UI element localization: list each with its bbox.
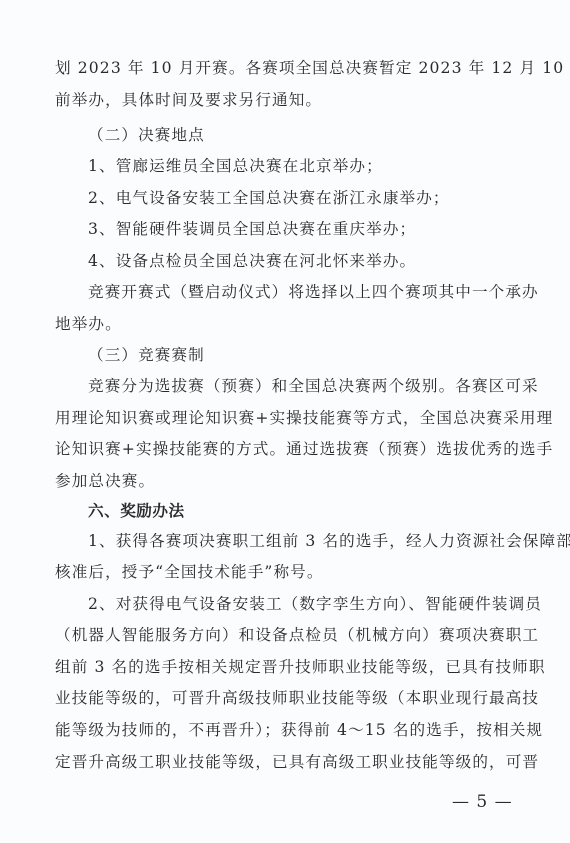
section-heading-competition-format: （三）竞赛赛制	[88, 345, 515, 365]
paragraph-line: 划 2023 年 10 月开赛。各赛项全国总决赛暂定 2023 年 12 月 1…	[55, 58, 515, 78]
paragraph-line: 2、对获得电气设备安装工（数字孪生方向）、智能硬件装调员	[88, 594, 515, 614]
paragraph-line: 核准后，授予“全国技术能手”称号。	[55, 562, 515, 582]
list-item: 4、设备点检员全国总决赛在河北怀来举办。	[88, 251, 515, 271]
document-page: 划 2023 年 10 月开赛。各赛项全国总决赛暂定 2023 年 12 月 1…	[0, 0, 570, 843]
paragraph-line: 能等级为技师的，不再晋升）；获得前 4～15 名的选手，按相关规	[55, 720, 515, 740]
paragraph-line: （机器人智能服务方向）和设备点检员（机械方向）赛项决赛职工	[55, 625, 515, 645]
paragraph-line: 论知识赛+实操技能赛的方式。通过选拔赛（预赛）选拔优秀的选手	[55, 439, 515, 459]
paragraph-line: 用理论知识赛或理论知识赛+实操技能赛等方式，全国总决赛采用理	[55, 408, 515, 428]
list-item: 3、智能硬件装调员全国总决赛在重庆举办；	[88, 219, 515, 239]
list-item: 2、电气设备安装工全国总决赛在浙江永康举办；	[88, 188, 515, 208]
section-heading-final-venue: （二）决赛地点	[88, 125, 515, 145]
paragraph-line: 地举办。	[55, 314, 515, 334]
paragraph-line: 参加总决赛。	[55, 471, 515, 491]
paragraph-line: 定晋升高级工职业技能等级，已具有高级工职业技能等级的，可晋	[55, 752, 515, 772]
list-item: 1、管廊运维员全国总决赛在北京举办；	[88, 156, 515, 176]
section-heading-rewards: 六、奖励办法	[88, 501, 515, 521]
page-number: — 5 —	[452, 792, 513, 812]
paragraph-line: 前举办，具体时间及要求另行通知。	[55, 90, 515, 110]
paragraph-line: 竞赛开赛式（暨启动仪式）将选择以上四个赛项其中一个承办	[88, 282, 515, 302]
paragraph-line: 业技能等级的，可晋升高级技师职业技能等级（本职业现行最高技	[55, 688, 515, 708]
paragraph-line: 竞赛分为选拔赛（预赛）和全国总决赛两个级别。各赛区可采	[88, 376, 515, 396]
paragraph-line: 1、获得各赛项决赛职工组前 3 名的选手，经人力资源社会保障部	[88, 531, 515, 551]
paragraph-line: 组前 3 名的选手按相关规定晋升技师职业技能等级，已具有技师职	[55, 657, 515, 677]
